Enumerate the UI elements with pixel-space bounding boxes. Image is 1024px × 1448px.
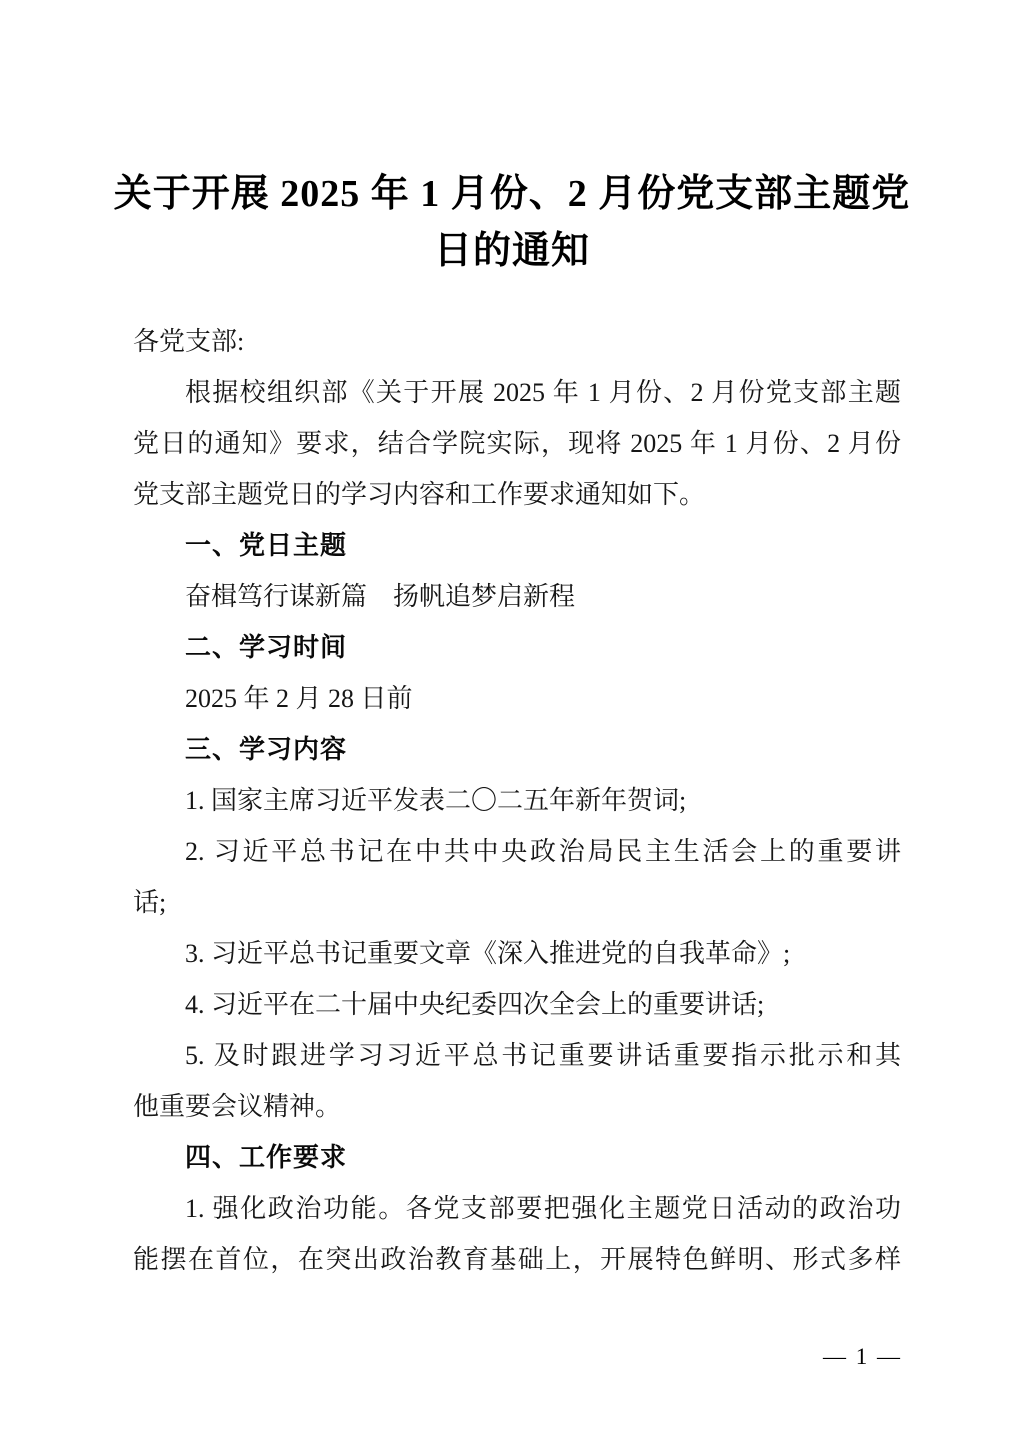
intro-paragraph-line-1: 根据校组织部《关于开展 2025 年 1 月份、2 月份党支部主题	[133, 367, 901, 418]
study-item-2-line-2: 话;	[133, 877, 901, 928]
section-heading-study-content: 三、学习内容	[133, 724, 901, 775]
work-requirement-1-line-1: 1. 强化政治功能。各党支部要把强化主题党日活动的政治功	[133, 1183, 901, 1234]
document-body: 各党支部: 根据校组织部《关于开展 2025 年 1 月份、2 月份党支部主题 …	[133, 316, 901, 1285]
study-deadline-text: 2025 年 2 月 28 日前	[133, 673, 901, 724]
study-item-1: 1. 国家主席习近平发表二〇二五年新年贺词;	[133, 775, 901, 826]
study-item-5-line-2: 他重要会议精神。	[133, 1081, 901, 1132]
section-heading-party-day-theme: 一、党日主题	[133, 520, 901, 571]
intro-paragraph-line-2: 党日的通知》要求，结合学院实际，现将 2025 年 1 月份、2 月份	[133, 418, 901, 469]
study-item-5-line-1: 5. 及时跟进学习习近平总书记重要讲话重要指示批示和其	[133, 1030, 901, 1081]
document-title-line-2: 日的通知	[0, 223, 1024, 280]
party-day-theme-text: 奋楫笃行谋新篇 扬帆追梦启新程	[133, 571, 901, 622]
document-page: 关于开展 2025 年 1 月份、2 月份党支部主题党 日的通知 各党支部: 根…	[0, 0, 1024, 1448]
intro-paragraph-line-3: 党支部主题党日的学习内容和工作要求通知如下。	[133, 469, 901, 520]
salutation: 各党支部:	[133, 316, 901, 367]
document-title-line-1: 关于开展 2025 年 1 月份、2 月份党支部主题党	[0, 166, 1024, 223]
section-heading-work-requirements: 四、工作要求	[133, 1132, 901, 1183]
study-item-4: 4. 习近平在二十届中央纪委四次全会上的重要讲话;	[133, 979, 901, 1030]
document-title: 关于开展 2025 年 1 月份、2 月份党支部主题党 日的通知	[0, 0, 1024, 280]
page-number: — 1 —	[823, 1344, 902, 1370]
study-item-2-line-1: 2. 习近平总书记在中共中央政治局民主生活会上的重要讲	[133, 826, 901, 877]
section-heading-study-time: 二、学习时间	[133, 622, 901, 673]
study-item-3: 3. 习近平总书记重要文章《深入推进党的自我革命》;	[133, 928, 901, 979]
work-requirement-1-line-2: 能摆在首位，在突出政治教育基础上，开展特色鲜明、形式多样	[133, 1234, 901, 1285]
